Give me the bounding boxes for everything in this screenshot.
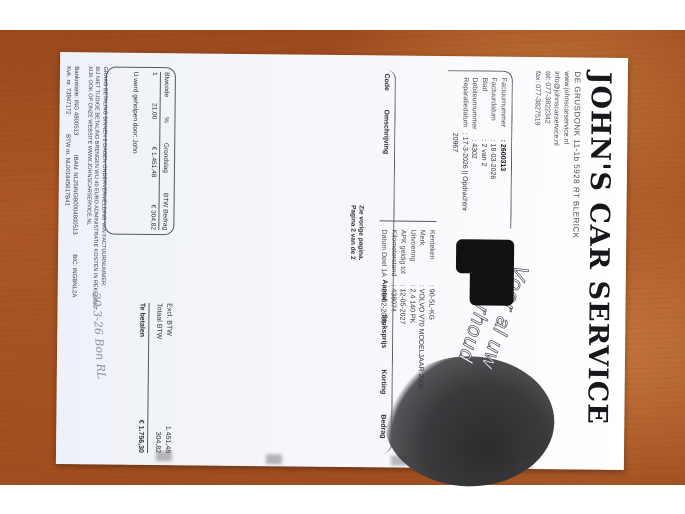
col-code: Code <box>383 73 390 91</box>
kvk-number: Kvk. nr. 73947172 <box>65 66 72 114</box>
col-quantity: Aantal <box>381 279 388 300</box>
items-table-frame <box>191 67 396 453</box>
print-smudge <box>266 454 282 464</box>
vat-table-row: 1 21,00 € 1.451,48 € 304,82 <box>147 72 160 230</box>
invoice-paper: JOHN'S CAR SERVICE DE GRUSDONK 11-1b 592… <box>56 52 628 470</box>
invoice-field: Blad: 2 van 2 <box>478 77 489 222</box>
bank-iban: IBAN: NL25INGB0004800513 <box>71 155 78 235</box>
company-contact: www.johnscarservice.nl info@johnscarserv… <box>532 71 571 146</box>
col-description: Omschrijving <box>382 109 389 154</box>
company-name: JOHN'S CAR SERVICE <box>581 72 616 425</box>
company-address: DE GRUSDONK 11-1b 5928 RT BLERICK <box>571 71 582 238</box>
bank-name: Bankrelatie: ING 4800513 <box>72 66 79 135</box>
company-email: info@johnscarservice.nl <box>551 71 561 146</box>
redacted-block-tail <box>456 239 476 273</box>
company-fax: fax: 077-3827519 <box>532 71 542 146</box>
invoice-field: Factuurdatum: 18-03-2026 <box>487 78 498 223</box>
btw-number: BTW nr. NL001845617B41 <box>64 134 71 206</box>
print-smudge <box>391 456 407 466</box>
invoice-page: JOHN'S CAR SERVICE DE GRUSDONK 11-1b 592… <box>56 52 628 470</box>
invoice-info-box: Factuurnummer: 2600313 Factuurdatum: 18-… <box>446 70 513 229</box>
continued-note: Zie vorige pagina. Pagina 2 van de 2 <box>348 205 365 260</box>
total-excl-vat: Excl. BTW1.451,48 <box>162 303 174 453</box>
col-discount: Korting <box>380 369 387 394</box>
print-smudge <box>516 459 532 469</box>
total-due: Te betalen€ 1.756,30 <box>135 303 150 453</box>
col-unit-price: Stuksprijs <box>380 314 387 348</box>
invoice-field: Factuurnummer: 2600313 <box>497 78 508 223</box>
totals: Excl. BTW1.451,48 Totaal BTW304,82 Te be… <box>135 303 174 453</box>
served-by: U werd geholpen door: John <box>130 72 139 230</box>
vat-table: Btwcode % Grondslag BTW Bedrag 1 21,00 €… <box>104 67 176 236</box>
redacted-block <box>470 239 515 305</box>
invoice-field: Reparatiedatum: 17-3-2026 || Opdrachtnr … <box>449 77 470 222</box>
vat-table-header: Btwcode % Grondslag BTW Bedrag <box>158 72 172 230</box>
print-smudge <box>156 451 172 461</box>
company-website: www.johnscarservice.nl <box>561 71 571 146</box>
bank-bic: BIC: INGBNL2A <box>71 254 77 297</box>
invoice-field: Debiteurnummer: 4302 <box>468 77 479 222</box>
col-amount: Bedrag <box>379 414 386 438</box>
bank-details: Bankrelatie: ING 4800513 IBAN: NL25INGB0… <box>60 66 80 446</box>
